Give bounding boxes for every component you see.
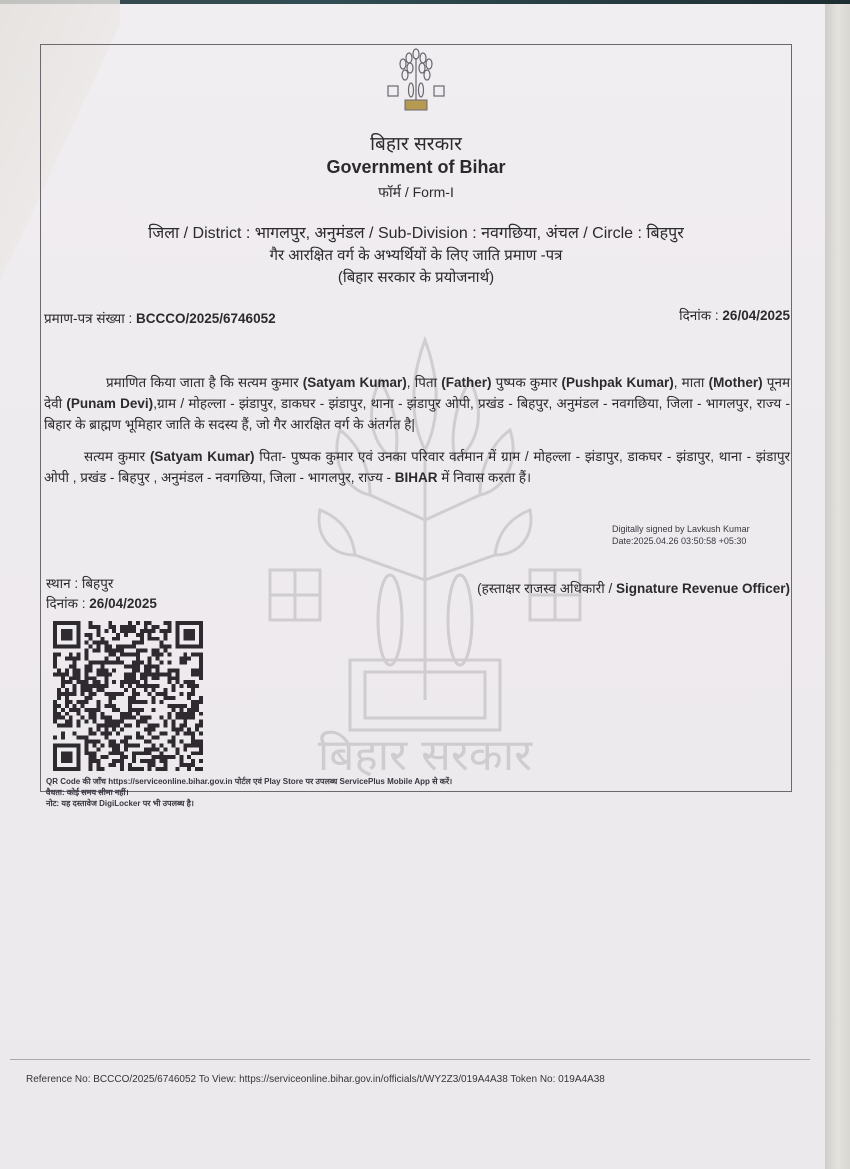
signature-label: (हस्ताक्षर राजस्व अधिकारी / Signature Re… [477,579,790,597]
digital-signature: Digitally signed by Lavkush Kumar Date:2… [612,523,750,547]
validity-note: वैधता: कोई समय सीमा नहीं। [46,787,452,798]
applicant-name: (Satyam Kumar) [303,375,407,390]
issue-place: स्थान : बिहपुर [46,574,113,592]
signed-by: Digitally signed by Lavkush Kumar [612,523,750,535]
digilocker-note: नोट: यह दस्तावेज DigiLocker पर भी उपलब्ध… [46,798,452,809]
mother-name: (Punam Devi) [66,396,153,411]
text: में निवास करता हैं। [438,470,532,485]
certification-paragraph: प्रमाणित किया जाता है कि सत्यम कुमार (Sa… [44,372,790,435]
district-value: भागलपुर, [255,225,310,242]
form-label: फॉर्म / Form-I [40,183,792,202]
circle-value: बिहपुर [646,225,683,242]
state-name: BIHAR [395,470,438,485]
applicant-name: (Satyam Kumar) [150,449,255,464]
circle-label: अंचल / Circle : [546,225,642,242]
signature-label-english: Signature Revenue Officer) [616,581,790,596]
subdivision-value: नवगछिया, [481,225,541,242]
svg-text:बिहार सरकार: बिहार सरकार [318,730,533,780]
footer-divider [10,1059,810,1060]
subdivision-label: अनुमंडल / Sub-Division : [315,225,477,242]
text: (Mother) [709,375,763,390]
text: ,ग्राम / मोहल्ला - झंडापुर, डाकघर - झंडा… [44,396,790,432]
residence-paragraph: सत्यम कुमार (Satyam Kumar) पिता- पुष्पक … [44,446,790,488]
certificate-date-label: दिनांक : [679,308,719,323]
qr-notes: QR Code की जाँच https://serviceonline.bi… [46,776,452,809]
certificate-title: गैर आरक्षित वर्ग के अभ्यर्थियों के लिए ज… [40,245,792,265]
state-name-hindi: बिहार सरकार [40,130,792,156]
text: पुष्पक कुमार [491,375,561,390]
qr-verify-note: QR Code की जाँच https://serviceonline.bi… [46,776,452,787]
district-label: जिला / District : [148,225,250,242]
reference-line: Reference No: BCCCO/2025/6746052 To View… [26,1074,605,1085]
location-line: जिला / District : भागलपुर, अनुमंडल / Sub… [40,221,792,243]
bihar-emblem-icon [383,48,449,114]
text: सत्यम कुमार [84,449,150,464]
certificate-purpose: (बिहार सरकार के प्रयोजनार्थ) [40,267,792,287]
text: , पिता [407,375,441,390]
certificate-date: दिनांक : 26/04/2025 [679,306,790,324]
text: (Father) [441,375,491,390]
issue-date-label: दिनांक : [46,596,86,611]
certificate-number-value: BCCCO/2025/6746052 [136,311,276,326]
scan-edge [0,0,850,4]
certificate-number-label: प्रमाण-पत्र संख्या : [44,311,132,326]
issue-date: दिनांक : 26/04/2025 [46,594,157,612]
state-name-english: Government of Bihar [40,157,792,178]
certificate-date-value: 26/04/2025 [722,308,790,323]
signature-label-hindi: (हस्ताक्षर राजस्व अधिकारी / [477,581,616,596]
text: , माता [674,375,709,390]
issue-date-value: 26/04/2025 [89,596,157,611]
signed-date: Date:2025.04.26 03:50:58 +05:30 [612,535,750,547]
qr-code-icon[interactable] [52,621,204,771]
text: प्रमाणित किया जाता है कि सत्यम कुमार [106,375,303,390]
page-edge [825,0,850,1169]
certificate-number: प्रमाण-पत्र संख्या : BCCCO/2025/6746052 [44,309,276,327]
father-name: (Pushpak Kumar) [562,375,674,390]
